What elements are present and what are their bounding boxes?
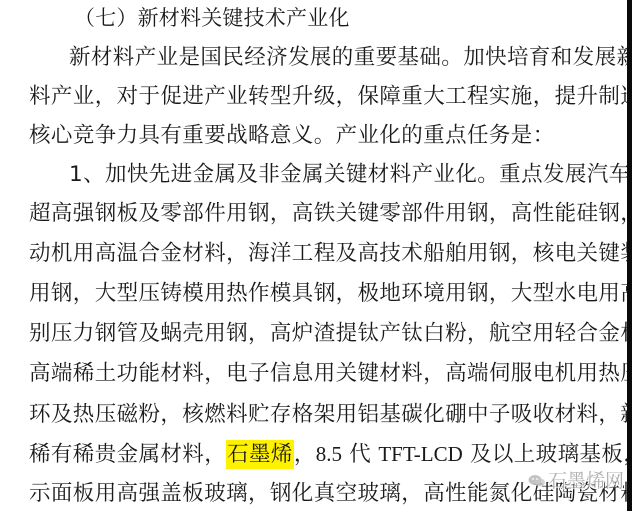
document-page: （七）新材料关键技术产业化 新材料产业是国民经济发展的重要基础。加快培育和发展新… — [0, 0, 626, 511]
list-item-line-3: 动机用高温合金材料，海洋工程及高技术船舶用钢，核电关键装备 — [29, 240, 632, 268]
list-item-line-4: 用钢，大型压铸模用热作模具钢，极地环境用钢，大型水电用高级 — [29, 280, 632, 308]
list-item-line-8: 稀有稀贵金属材料，石墨烯，8.5 代 TFT-LCD 及以上玻璃基板，显 — [29, 440, 632, 469]
line-text-tft-lcd: TFT-LCD — [378, 442, 462, 466]
list-item-line-7: 环及热压磁粉，核燃料贮存格架用铝基碳化硼中子吸收材料，新型 — [29, 401, 632, 429]
paragraph-line-3: 核心竞争力具有重要战略意义。产业化的重点任务是： — [29, 122, 555, 150]
section-title: （七）新材料关键技术产业化 — [74, 4, 350, 32]
paragraph-line-2: 料产业，对于促进产业转型升级，保障重大工程实施，提升制造业 — [29, 83, 632, 111]
list-item-line-6: 高端稀土功能材料，电子信息用关键材料，高端伺服电机用热压磁 — [29, 360, 632, 388]
wechat-bubble-icon — [528, 471, 546, 485]
list-item-line-5: 别压力钢管及蜗壳用钢，高炉渣提钛产钛白粉，航空用轻合金材料， — [29, 320, 632, 348]
line-text-number: 8.5 — [316, 442, 342, 466]
line-text-comma: ， — [294, 442, 316, 467]
line-text-before: 稀有稀贵金属材料， — [29, 442, 226, 467]
watermark-text: 石墨烯网 — [548, 470, 624, 492]
list-item-line-1: 1、加快先进金属及非金属关键材料产业化。重点发展汽车用 — [69, 161, 632, 189]
line-text-mid: 代 — [342, 442, 378, 467]
watermark: 石墨烯网 — [528, 466, 624, 493]
right-edge-border — [627, 0, 632, 511]
paragraph-line-1: 新材料产业是国民经济发展的重要基础。加快培育和发展新材 — [69, 44, 632, 72]
list-item-line-2: 超高强钢板及零部件用钢，高铁关键零部件用钢，高性能硅钢，发 — [29, 200, 632, 228]
line-text-after: 及以上玻璃基板，显 — [463, 442, 632, 467]
highlighted-term-graphene: 石墨烯 — [226, 440, 294, 469]
